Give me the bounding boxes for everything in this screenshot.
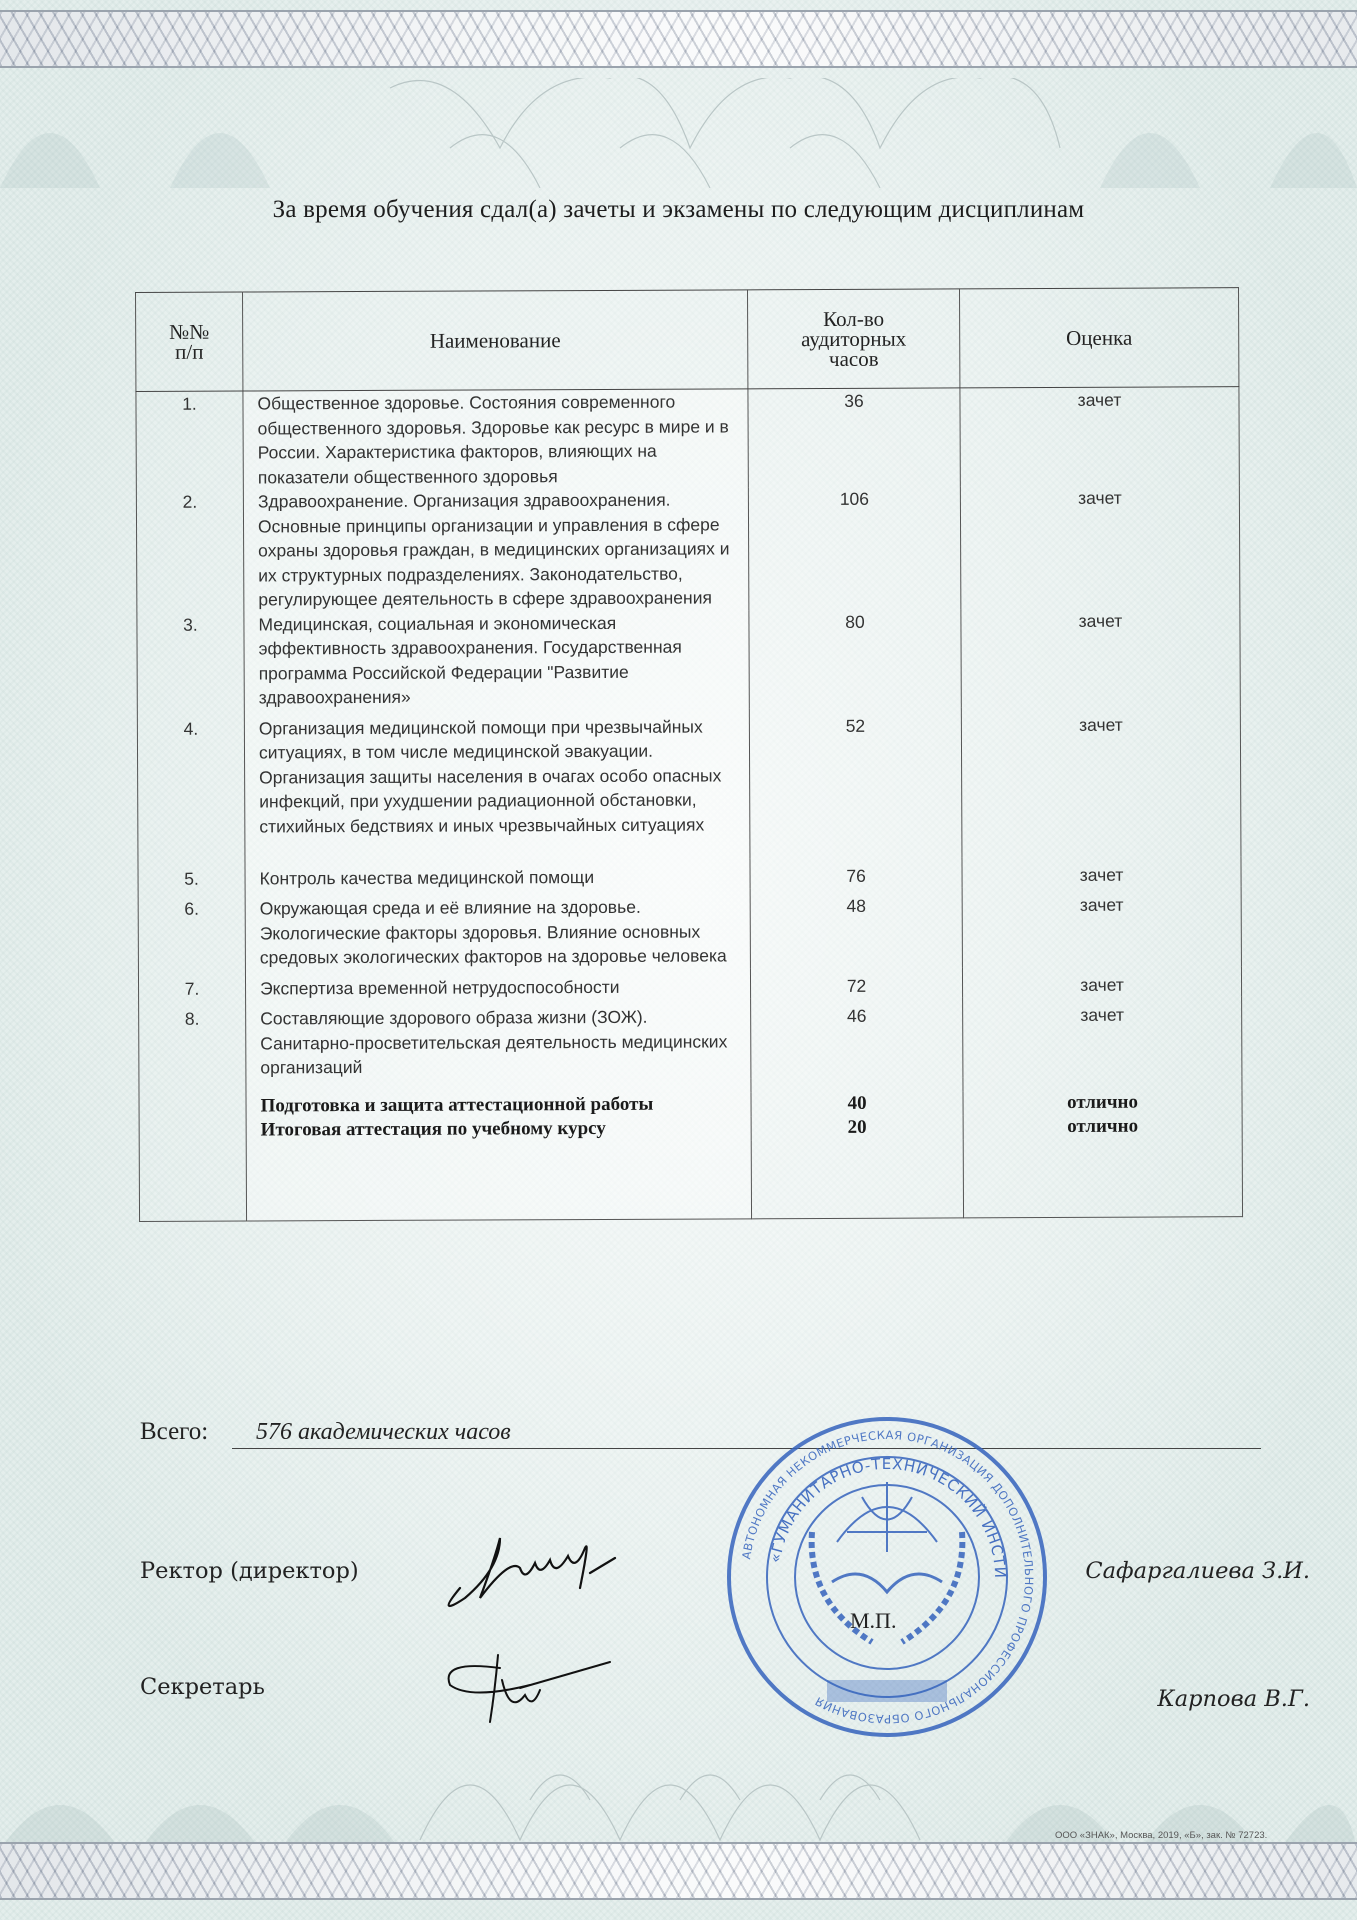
discipline-name: Окружающая среда и её влияние на здоровь… bbox=[245, 888, 750, 970]
row-number: 2. bbox=[136, 490, 244, 613]
row-number: 1. bbox=[136, 391, 243, 490]
discipline-grade: зачет bbox=[962, 886, 1241, 967]
assessment-hours: 40 bbox=[751, 1091, 963, 1116]
secretary-role-label: Секретарь bbox=[140, 1674, 265, 1700]
seal-place-mark: М.П. bbox=[850, 1608, 896, 1634]
table-row: 8.Составляющие здорового образа жизни (З… bbox=[139, 996, 1242, 1080]
row-number bbox=[139, 1094, 246, 1118]
discipline-hours: 80 bbox=[749, 609, 961, 708]
spacer-cell bbox=[963, 1138, 1242, 1218]
table-bottom-row bbox=[139, 1138, 1242, 1221]
column-header-number: №№ п/п bbox=[136, 292, 243, 391]
disciplines-table: №№ п/п Наименование Кол-во аудиторных ча… bbox=[135, 287, 1243, 1221]
discipline-grade: зачет bbox=[960, 485, 1240, 609]
rector-handwritten-signature bbox=[440, 1528, 630, 1618]
table-row: 2.Здравоохранение. Организация здравоохр… bbox=[136, 485, 1240, 612]
discipline-grade: зачет bbox=[962, 966, 1241, 998]
page-title: За время обучения сдал(а) зачеты и экзам… bbox=[0, 196, 1357, 224]
row-number: 4. bbox=[137, 710, 245, 860]
institution-seal-stamp: АВТОНОМНАЯ НЕКОММЕРЧЕСКАЯ ОРГАНИЗАЦИЯ ДО… bbox=[722, 1412, 1052, 1742]
discipline-hours: 36 bbox=[748, 388, 960, 487]
table-row: 6.Окружающая среда и её влияние на здоро… bbox=[138, 886, 1241, 970]
discipline-name: Экспертиза временной нетрудоспособности bbox=[245, 968, 750, 1001]
row-number: 6. bbox=[138, 891, 245, 971]
assessment-grade: отлично bbox=[963, 1090, 1242, 1115]
certificate-page: За время обучения сдал(а) зачеты и экзам… bbox=[0, 0, 1357, 1920]
row-number: 8. bbox=[139, 1001, 246, 1081]
table-row: 3.Медицинская, социальная и экономическа… bbox=[137, 608, 1240, 711]
discipline-name: Организация медицинской помощи при чрезв… bbox=[244, 708, 750, 860]
discipline-hours: 76 bbox=[750, 857, 962, 888]
row-number bbox=[139, 1118, 246, 1142]
discipline-hours: 52 bbox=[749, 707, 962, 858]
row-number: 7. bbox=[138, 970, 245, 1001]
table-header-row: №№ п/п Наименование Кол-во аудиторных ча… bbox=[136, 288, 1239, 392]
discipline-hours: 106 bbox=[748, 486, 961, 609]
security-border-bottom bbox=[0, 1842, 1357, 1900]
discipline-hours: 48 bbox=[750, 887, 962, 967]
discipline-grade: зачет bbox=[962, 856, 1241, 888]
table-row: 4.Организация медицинской помощи при чре… bbox=[137, 706, 1241, 861]
table-row: 1.Общественное здоровье. Состояния совре… bbox=[136, 387, 1239, 490]
table-row: 7.Экспертиза временной нетрудоспособност… bbox=[138, 966, 1241, 1001]
printer-imprint: ООО «ЗНАК», Москва, 2019, «Б», зак. № 72… bbox=[1055, 1830, 1267, 1841]
row-number: 5. bbox=[138, 860, 245, 891]
discipline-name: Общественное здоровье. Состояния совреме… bbox=[243, 389, 748, 490]
discipline-hours: 72 bbox=[750, 967, 962, 998]
secretary-name: Карпова В.Г. bbox=[1157, 1686, 1310, 1712]
discipline-grade: зачет bbox=[961, 608, 1240, 707]
table-row: 5.Контроль качества медицинской помощи76… bbox=[138, 856, 1241, 891]
final-assessment-row: Итоговая аттестация по учебному курсу20о… bbox=[139, 1114, 1242, 1143]
column-header-name: Наименование bbox=[243, 290, 748, 391]
spacer-cell bbox=[246, 1140, 751, 1221]
assessment-hours: 20 bbox=[751, 1115, 963, 1140]
rector-name: Сафаргалиева З.И. bbox=[1085, 1558, 1310, 1584]
discipline-name: Контроль качества медицинской помощи bbox=[245, 858, 750, 891]
discipline-name: Здравоохранение. Организация здравоохран… bbox=[243, 487, 749, 612]
discipline-name: Составляющие здорового образа жизни (ЗОЖ… bbox=[246, 998, 751, 1080]
row-number: 3. bbox=[137, 612, 244, 710]
discipline-name: Медицинская, социальная и экономическая … bbox=[244, 610, 749, 710]
spacer-cell bbox=[751, 1139, 963, 1218]
spacer-cell bbox=[751, 1077, 963, 1092]
spacer-cell bbox=[963, 1076, 1242, 1091]
total-hours-line: Всего: 576 академических часов bbox=[140, 1418, 1240, 1446]
column-header-grade: Оценка bbox=[959, 288, 1238, 388]
discipline-grade: зачет bbox=[960, 387, 1239, 487]
security-border-top bbox=[0, 10, 1357, 68]
guilloche-ornament-top bbox=[0, 78, 1357, 188]
assessment-grade: отлично bbox=[963, 1114, 1242, 1139]
total-label: Всего: bbox=[140, 1418, 208, 1446]
secretary-handwritten-signature bbox=[440, 1640, 620, 1730]
rector-role-label: Ректор (директор) bbox=[140, 1558, 359, 1584]
discipline-grade: зачет bbox=[961, 706, 1241, 857]
spacer-cell bbox=[139, 1142, 246, 1221]
spacer-cell bbox=[139, 1080, 246, 1094]
discipline-hours: 46 bbox=[751, 997, 963, 1077]
assessment-name: Подготовка и защита аттестационной работ… bbox=[246, 1092, 751, 1118]
column-header-hours: Кол-во аудиторных часов bbox=[747, 289, 959, 389]
assessment-name: Итоговая аттестация по учебному курсу bbox=[246, 1116, 751, 1142]
discipline-grade: зачет bbox=[963, 996, 1242, 1077]
